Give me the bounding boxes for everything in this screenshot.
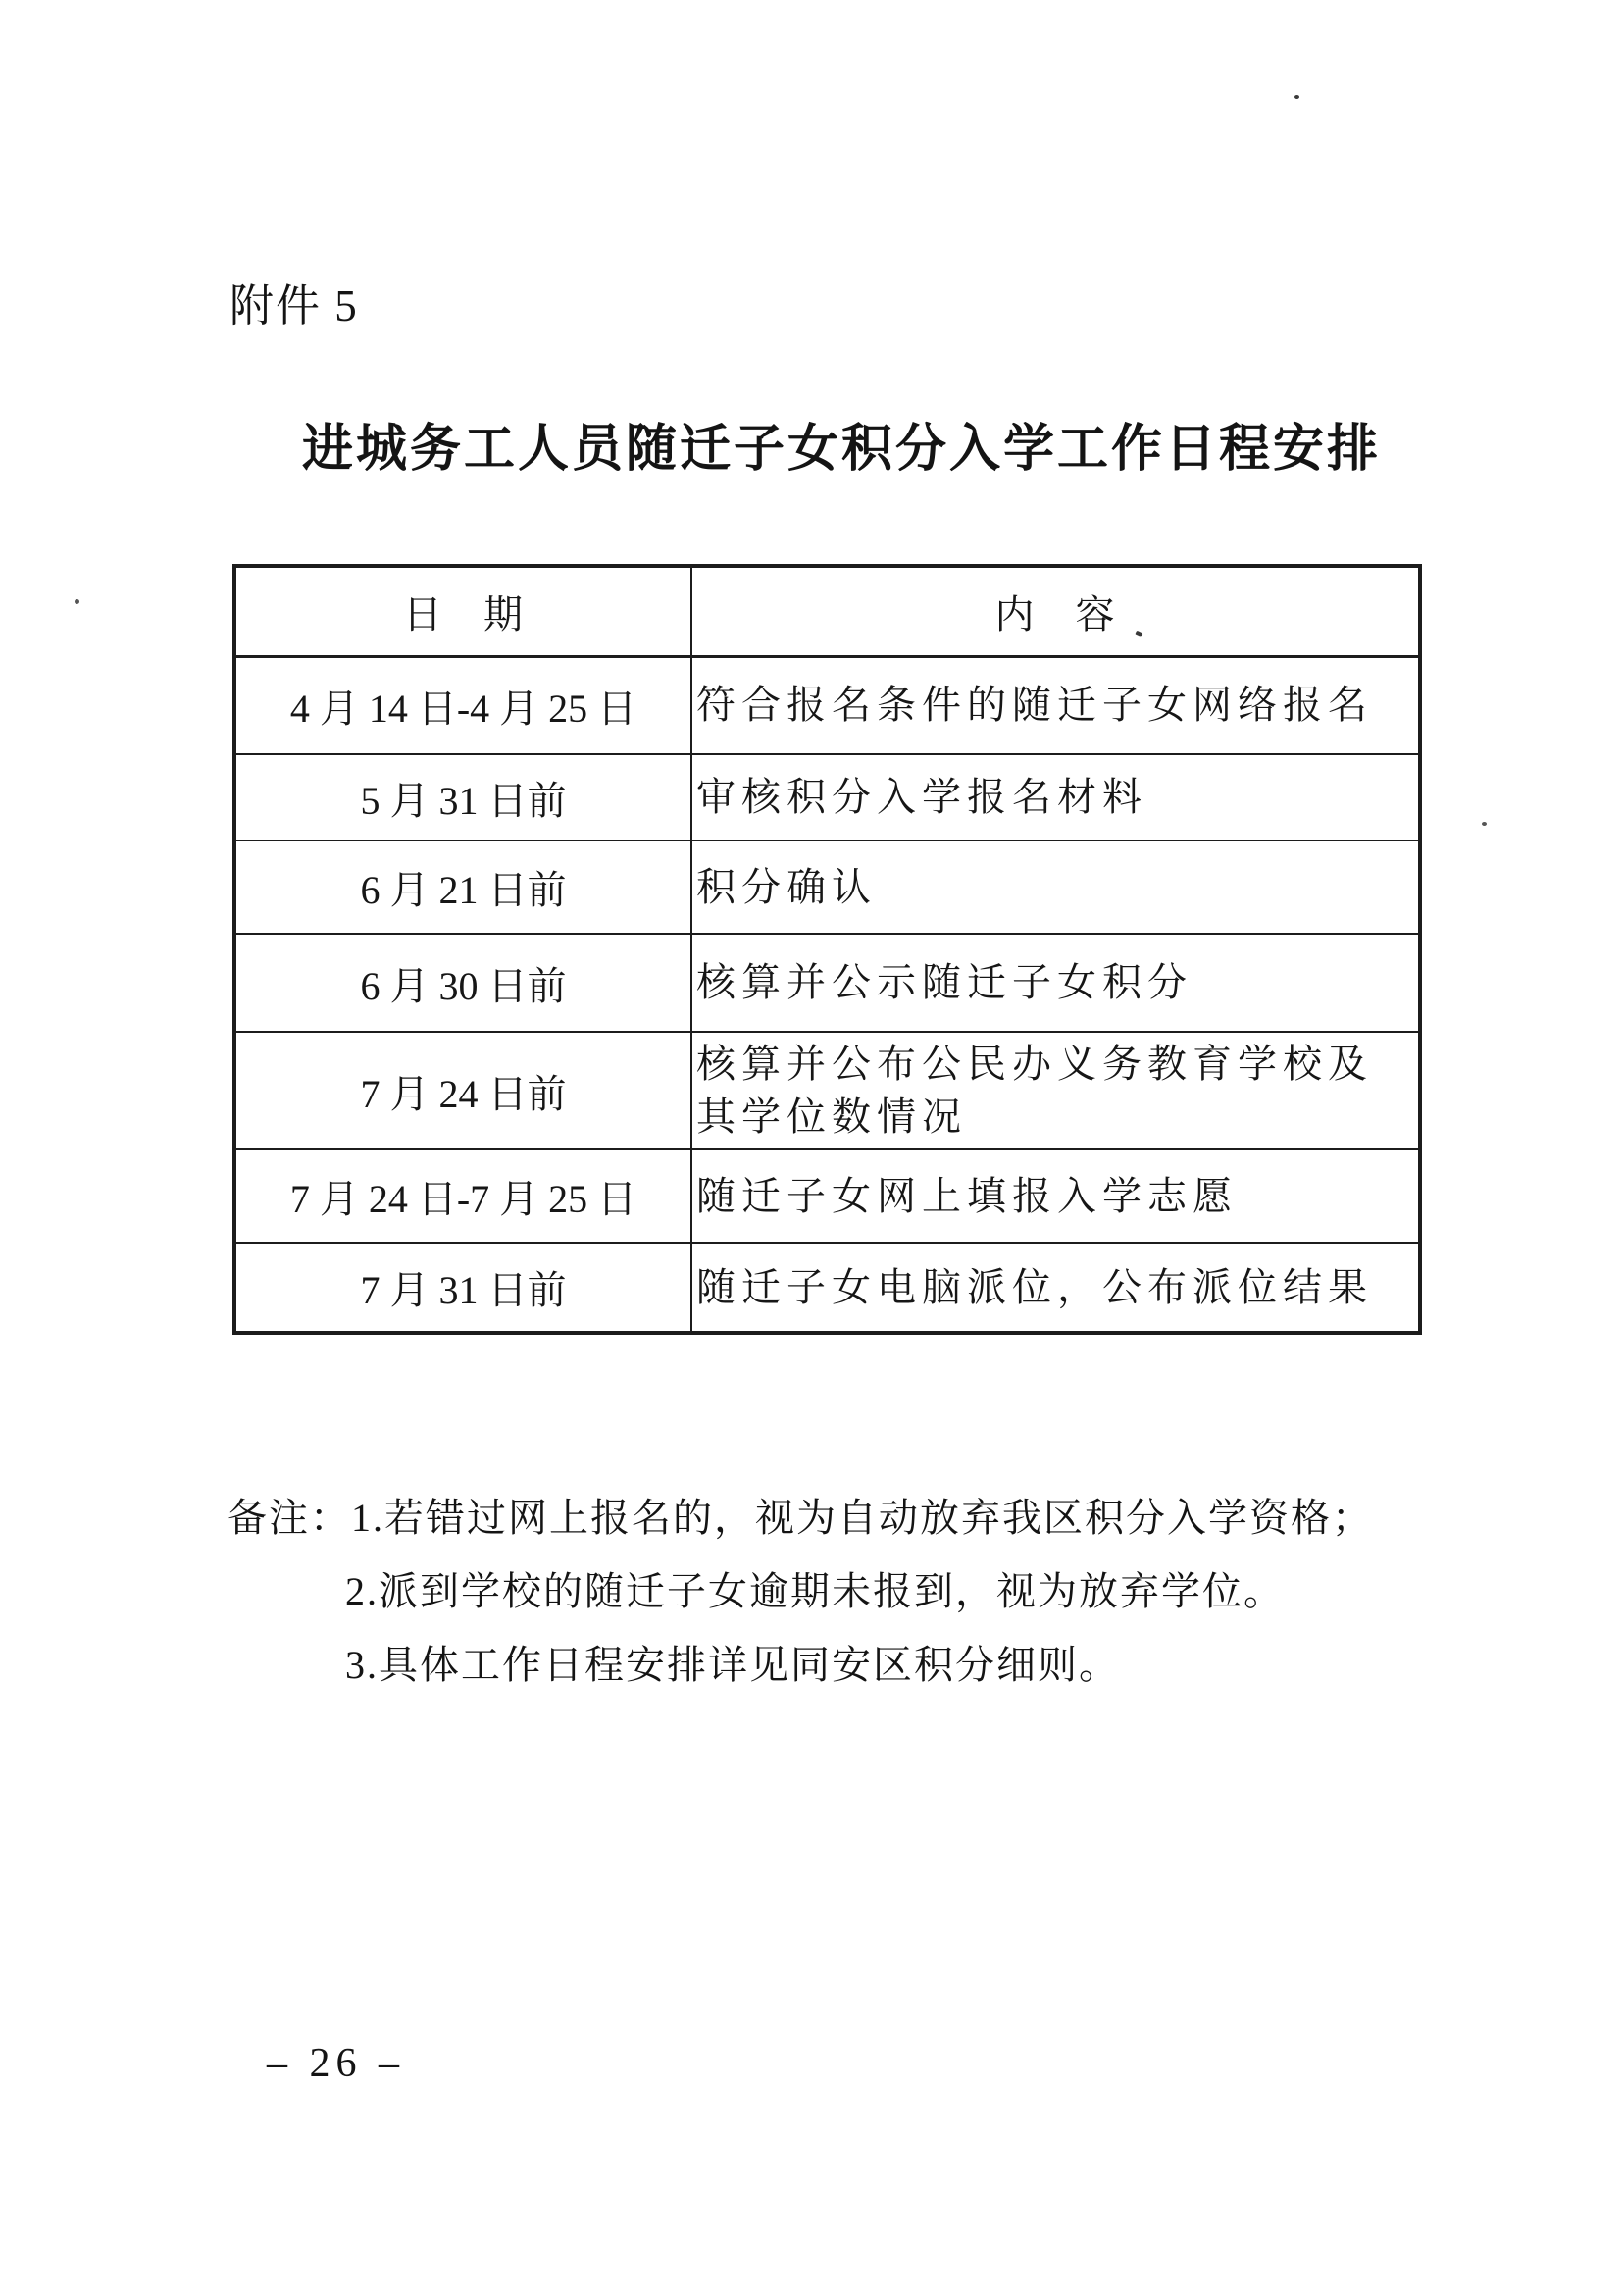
- attachment-label: 附件 5: [229, 280, 359, 331]
- table-row: 7 月 31 日前 随迁子女电脑派位，公布派位结果: [234, 1243, 1420, 1333]
- notes-section: 备注：1.若错过网上报名的，视为自动放弃我区积分入学资格； 2.派到学校的随迁子…: [228, 1495, 1404, 1715]
- table-row: 6 月 21 日前 积分确认: [234, 841, 1420, 934]
- note-item: 1.若错过网上报名的，视为自动放弃我区积分入学资格；: [351, 1496, 1373, 1540]
- scan-speck: [1294, 95, 1299, 99]
- content-cell: 符合报名条件的随迁子女网络报名: [691, 656, 1420, 754]
- table-row: 7 月 24 日前 核算并公布公民办义务教育学校及其学位数情况: [234, 1032, 1420, 1149]
- content-cell: 随迁子女网上填报入学志愿: [691, 1149, 1420, 1243]
- scan-speck: [1482, 822, 1487, 826]
- date-cell: 7 月 31 日前: [234, 1243, 691, 1333]
- document-title: 进城务工人员随迁子女积分入学工作日程安排: [302, 420, 1351, 481]
- date-cell: 7 月 24 日前: [234, 1032, 691, 1149]
- notes-label: 备注：: [228, 1496, 351, 1540]
- table-row: 5 月 31 日前 审核积分入学报名材料: [234, 754, 1420, 841]
- document-page: 附件 5 进城务工人员随迁子女积分入学工作日程安排 日 期 内 容 4 月 14…: [0, 0, 1624, 2293]
- date-cell: 6 月 30 日前: [234, 934, 691, 1032]
- table-row: 6 月 30 日前 核算并公示随迁子女积分: [234, 934, 1420, 1032]
- note-line: 3.具体工作日程安排详见同安区积分细则。: [345, 1642, 1404, 1689]
- date-cell: 7 月 24 日-7 月 25 日: [234, 1149, 691, 1243]
- date-cell: 4 月 14 日-4 月 25 日: [234, 656, 691, 754]
- content-cell: 积分确认: [691, 841, 1420, 934]
- note-line: 2.派到学校的随迁子女逾期未报到，视为放弃学位。: [345, 1568, 1404, 1615]
- header-cell-content: 内 容: [691, 566, 1420, 656]
- content-cell: 随迁子女电脑派位，公布派位结果: [691, 1243, 1420, 1333]
- table-header-row: 日 期 内 容: [234, 566, 1420, 656]
- content-cell: 审核积分入学报名材料: [691, 754, 1420, 841]
- table-row: 7 月 24 日-7 月 25 日 随迁子女网上填报入学志愿: [234, 1149, 1420, 1243]
- scan-speck: [75, 599, 79, 604]
- schedule-table: 日 期 内 容 4 月 14 日-4 月 25 日 符合报名条件的随迁子女网络报…: [232, 564, 1422, 1335]
- page-number: – 26 –: [267, 2040, 405, 2087]
- date-cell: 6 月 21 日前: [234, 841, 691, 934]
- content-cell: 核算并公示随迁子女积分: [691, 934, 1420, 1032]
- table-row: 4 月 14 日-4 月 25 日 符合报名条件的随迁子女网络报名: [234, 656, 1420, 754]
- date-cell: 5 月 31 日前: [234, 754, 691, 841]
- header-cell-date: 日 期: [234, 566, 691, 656]
- content-cell: 核算并公布公民办义务教育学校及其学位数情况: [691, 1032, 1420, 1149]
- note-line: 备注：1.若错过网上报名的，视为自动放弃我区积分入学资格；: [228, 1495, 1404, 1542]
